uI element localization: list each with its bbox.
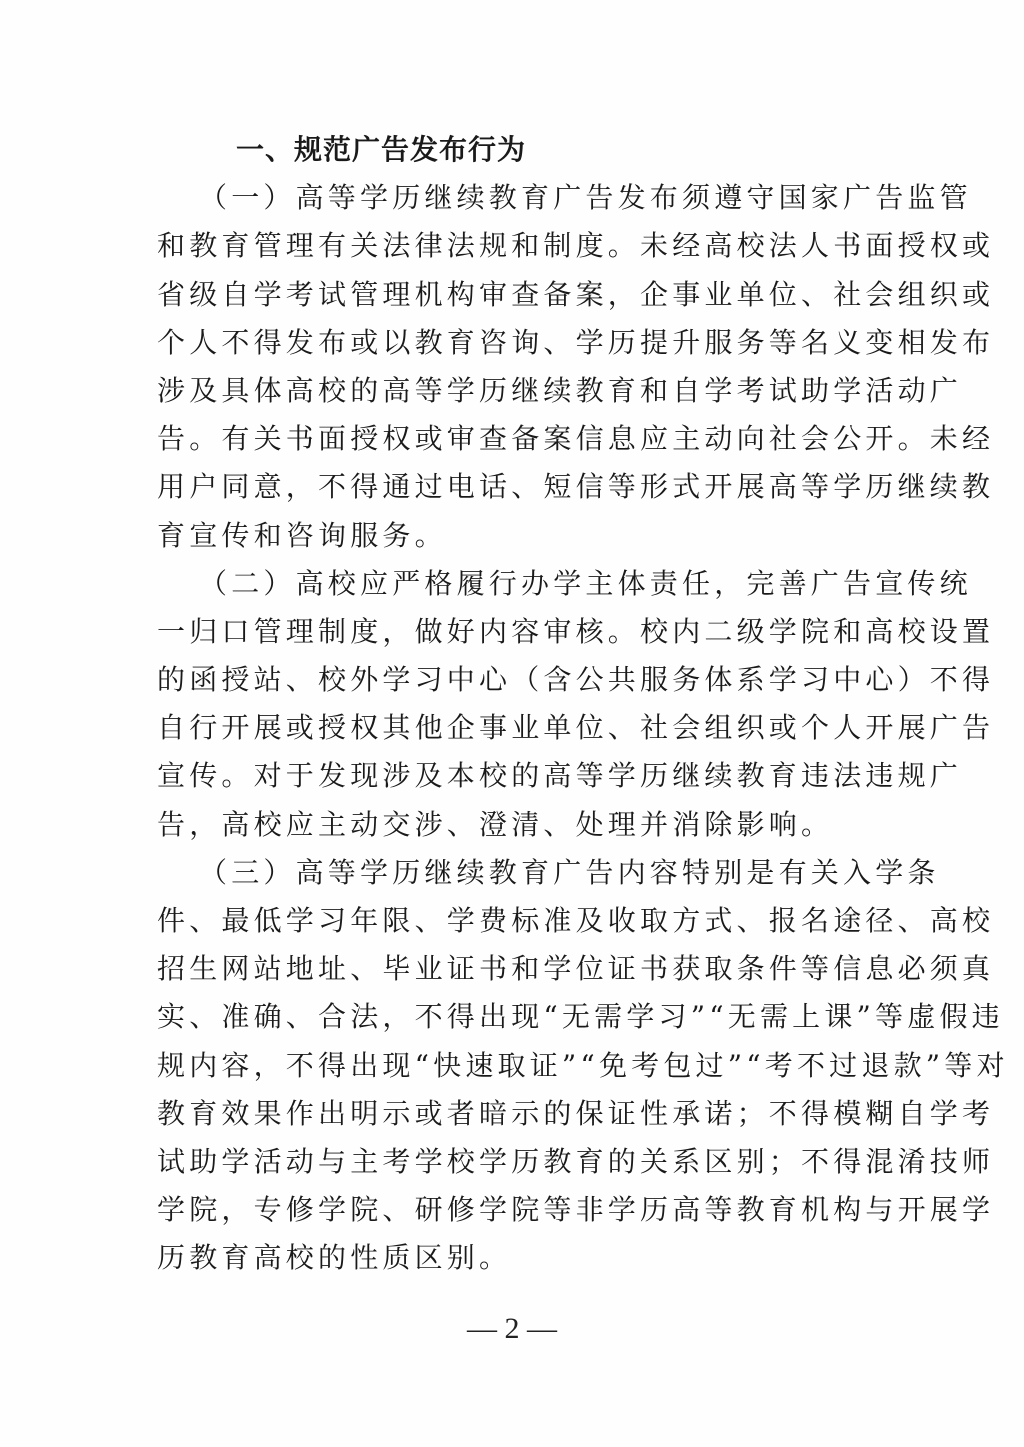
paragraph-line: 实、准确、合法，不得出现“无需学习”“无需上课”等虚假违 [157, 993, 869, 1041]
document-body: 一、规范广告发布行为 （一）高等学历继续教育广告发布须遵守国家广告监管 和教育管… [157, 126, 869, 1283]
section-heading: 一、规范广告发布行为 [157, 126, 869, 174]
paragraph-line: （一）高等学历继续教育广告发布须遵守国家广告监管 [157, 174, 869, 222]
paragraph-line: 件、最低学习年限、学费标准及收取方式、报名途径、高校 [157, 897, 869, 945]
paragraph-line: 告。有关书面授权或审查备案信息应主动向社会公开。未经 [157, 415, 869, 463]
paragraph-line: 涉及具体高校的高等学历继续教育和自学考试助学活动广 [157, 367, 869, 415]
paragraph-line: 告，高校应主动交涉、澄清、处理并消除影响。 [157, 801, 869, 849]
paragraph-1: （一）高等学历继续教育广告发布须遵守国家广告监管 和教育管理有关法律法规和制度。… [157, 174, 869, 560]
paragraph-line: 个人不得发布或以教育咨询、学历提升服务等名义变相发布 [157, 319, 869, 367]
paragraph-line: （二）高校应严格履行办学主体责任，完善广告宣传统 [157, 560, 869, 608]
paragraph-line: 宣传。对于发现涉及本校的高等学历继续教育违法违规广 [157, 752, 869, 800]
paragraph-line: 的函授站、校外学习中心（含公共服务体系学习中心）不得 [157, 656, 869, 704]
paragraph-line: 教育效果作出明示或者暗示的保证性承诺；不得模糊自学考 [157, 1090, 869, 1138]
paragraph-line: 一归口管理制度，做好内容审核。校内二级学院和高校设置 [157, 608, 869, 656]
paragraph-line: （三）高等学历继续教育广告内容特别是有关入学条 [157, 849, 869, 897]
paragraph-2: （二）高校应严格履行办学主体责任，完善广告宣传统 一归口管理制度，做好内容审核。… [157, 560, 869, 849]
paragraph-line: 自行开展或授权其他企事业单位、社会组织或个人开展广告 [157, 704, 869, 752]
paragraph-line: 用户同意，不得通过电话、短信等形式开展高等学历继续教 [157, 463, 869, 511]
paragraph-line: 育宣传和咨询服务。 [157, 512, 869, 560]
paragraph-line: 招生网站地址、毕业证书和学位证书获取条件等信息必须真 [157, 945, 869, 993]
paragraph-3: （三）高等学历继续教育广告内容特别是有关入学条 件、最低学习年限、学费标准及收取… [157, 849, 869, 1283]
paragraph-line: 学院，专修学院、研修学院等非学历高等教育机构与开展学 [157, 1186, 869, 1234]
paragraph-line: 规内容，不得出现“快速取证”“免考包过”“考不过退款”等对 [157, 1042, 869, 1090]
document-page: 一、规范广告发布行为 （一）高等学历继续教育广告发布须遵守国家广告监管 和教育管… [0, 0, 1024, 1447]
paragraph-line: 省级自学考试管理机构审查备案，企事业单位、社会组织或 [157, 271, 869, 319]
paragraph-line: 试助学活动与主考学校学历教育的关系区别；不得混淆技师 [157, 1138, 869, 1186]
paragraph-line: 和教育管理有关法律法规和制度。未经高校法人书面授权或 [157, 222, 869, 270]
paragraph-line: 历教育高校的性质区别。 [157, 1234, 869, 1282]
page-number: — 2 — [0, 1312, 1024, 1346]
